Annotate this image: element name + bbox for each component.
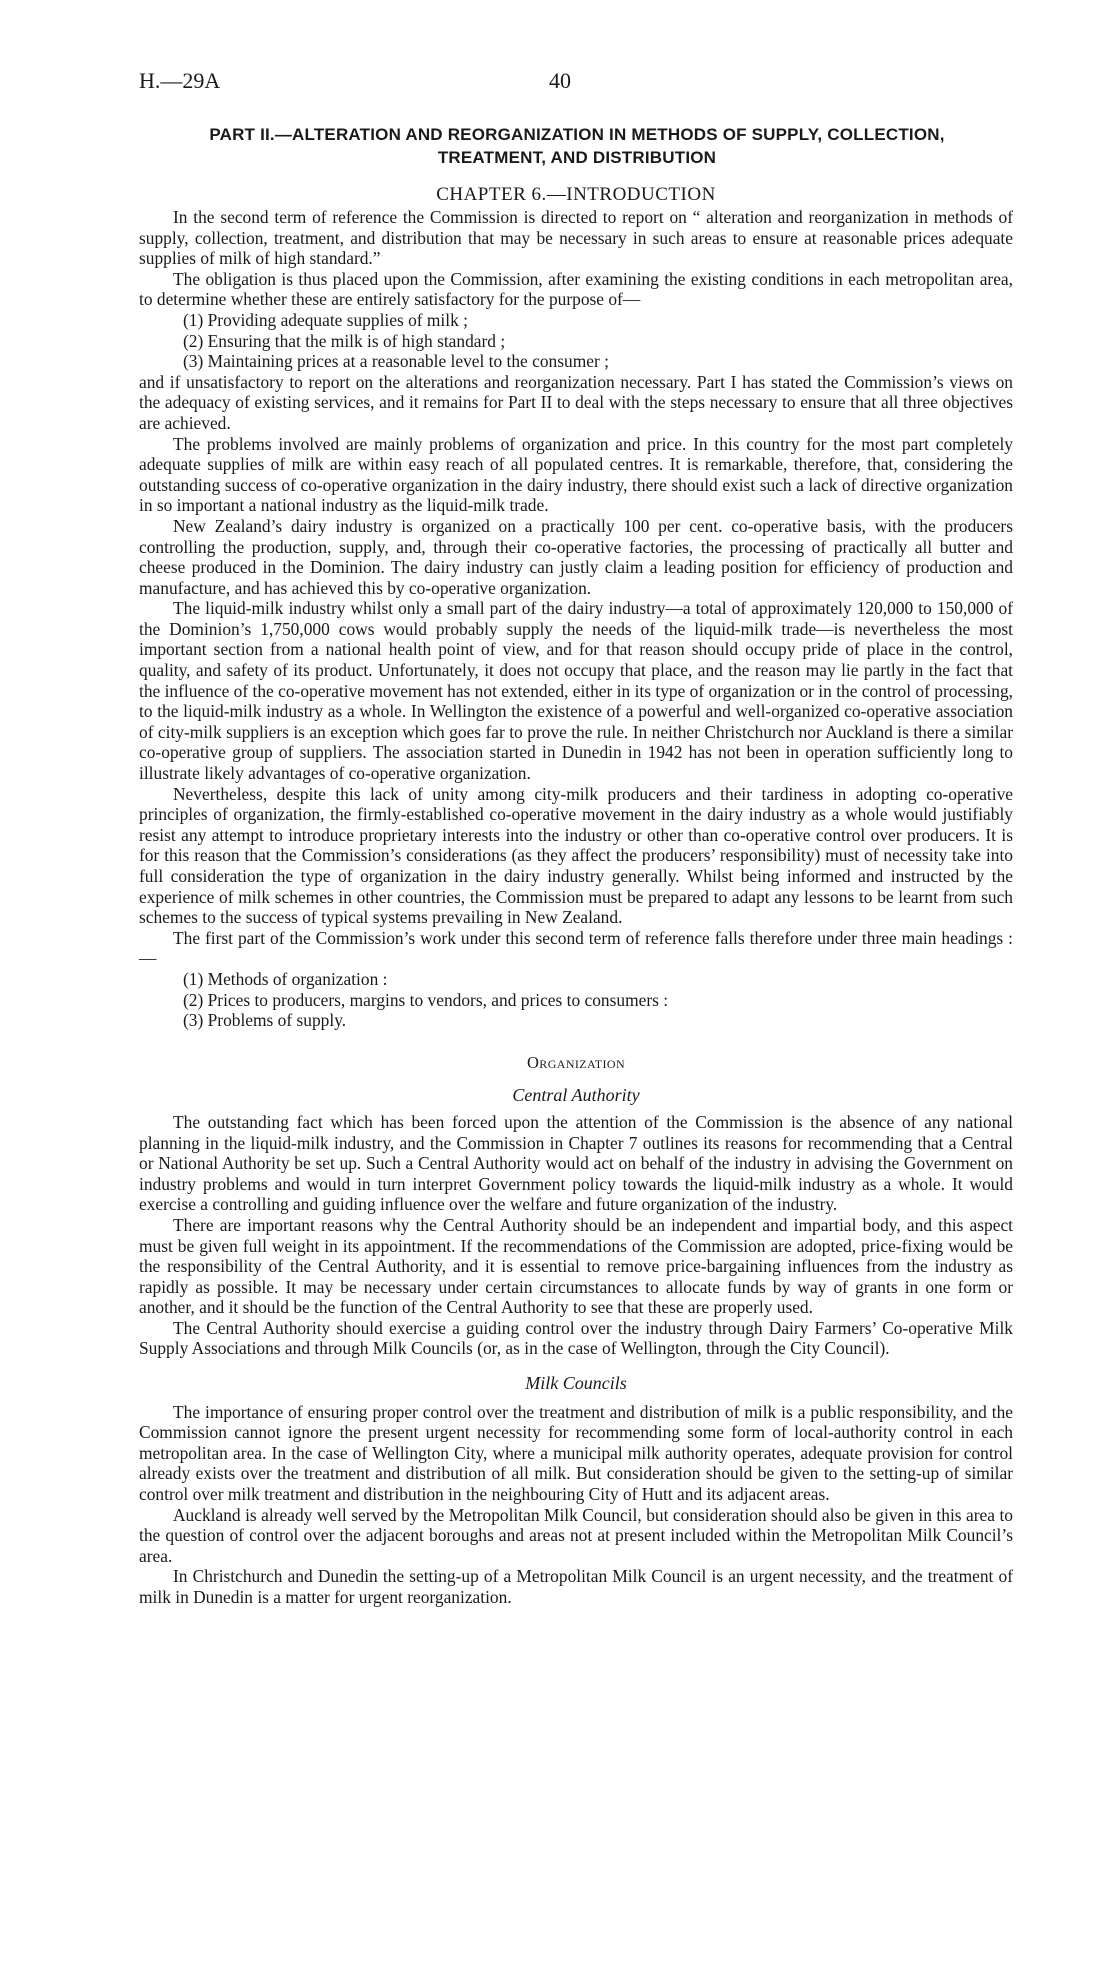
paragraph: The importance of ensuring proper contro… bbox=[139, 1402, 1013, 1505]
list-item: (2) Prices to producers, margins to vend… bbox=[183, 990, 1013, 1011]
paragraph: and if unsatisfactory to report on the a… bbox=[139, 372, 1013, 434]
paragraph: In Christchurch and Dunedin the setting-… bbox=[139, 1566, 1013, 1607]
list-item: (1) Providing adequate supplies of milk … bbox=[183, 310, 1013, 331]
paragraph: The outstanding fact which has been forc… bbox=[139, 1112, 1013, 1215]
part-title-line-2: TREATMENT, AND DISTRIBUTION bbox=[120, 146, 1034, 169]
paragraph: There are important reasons why the Cent… bbox=[139, 1215, 1013, 1318]
paragraph: In the second term of reference the Comm… bbox=[139, 207, 1013, 269]
paragraph: The Central Authority should exercise a … bbox=[139, 1318, 1013, 1359]
part-title-line-1: PART II.—ALTERATION AND REORGANIZATION I… bbox=[120, 123, 1034, 146]
section-heading-organization: Organization bbox=[139, 1053, 1013, 1074]
list-item: (3) Problems of supply. bbox=[183, 1010, 1013, 1031]
document-body: In the second term of reference the Comm… bbox=[139, 207, 1013, 1608]
objectives-list: (1) Providing adequate supplies of milk … bbox=[139, 310, 1013, 372]
paragraph: Nevertheless, despite this lack of unity… bbox=[139, 784, 1013, 928]
headings-list: (1) Methods of organization : (2) Prices… bbox=[139, 969, 1013, 1031]
list-item: (3) Maintaining prices at a reasonable l… bbox=[183, 351, 1013, 372]
paragraph: The first part of the Commission’s work … bbox=[139, 928, 1013, 969]
paragraph: New Zealand’s dairy industry is organize… bbox=[139, 516, 1013, 598]
paragraph: The obligation is thus placed upon the C… bbox=[139, 269, 1013, 310]
subsection-heading-milk-councils: Milk Councils bbox=[139, 1373, 1013, 1394]
page-number: 40 bbox=[549, 68, 571, 94]
running-header: H.—29A 40 bbox=[139, 68, 1013, 98]
paragraph: The problems involved are mainly problem… bbox=[139, 434, 1013, 516]
list-item: (1) Methods of organization : bbox=[183, 969, 1013, 990]
paragraph: Auckland is already well served by the M… bbox=[139, 1505, 1013, 1567]
list-item: (2) Ensuring that the milk is of high st… bbox=[183, 331, 1013, 352]
chapter-title: CHAPTER 6.—INTRODUCTION bbox=[139, 184, 1013, 206]
document-reference: H.—29A bbox=[139, 68, 220, 94]
paragraph: The liquid-milk industry whilst only a s… bbox=[139, 598, 1013, 783]
subsection-heading-central-authority: Central Authority bbox=[139, 1085, 1013, 1106]
part-title: PART II.—ALTERATION AND REORGANIZATION I… bbox=[120, 123, 1034, 169]
